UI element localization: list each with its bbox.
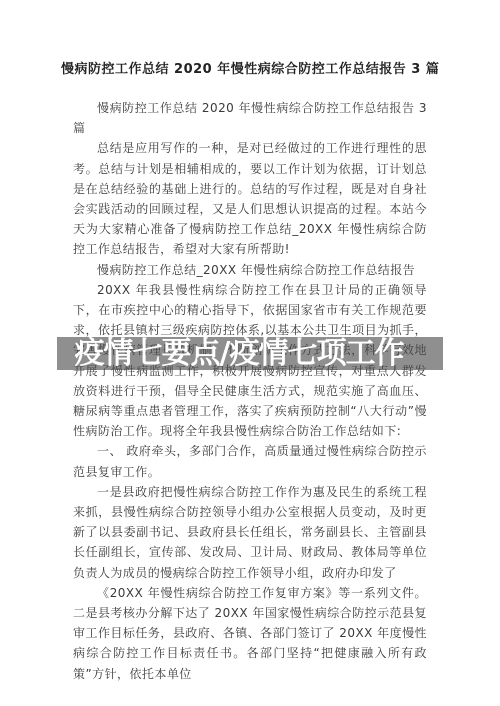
document-page: 慢病防控工作总结 2020 年慢性病综合防控工作总结报告 3 篇 慢病防控工作总…	[0, 0, 500, 706]
document-body: 慢病防控工作总结 2020 年慢性病综合防控工作总结报告 3 篇 总结是应用写作…	[73, 98, 427, 684]
paragraph-detail-2: 《20XX 年慢性病综合防控工作复审方案》等一系列文件。二是县考核办分解下达了 …	[73, 583, 427, 684]
paragraph-subtitle: 慢病防控工作总结 2020 年慢性病综合防控工作总结报告 3 篇	[73, 98, 427, 138]
watermark-band: 疫情七要点/疫情七项工作	[57, 337, 443, 370]
paragraph-intro: 总结是应用写作的一种，是对已经做过的工作进行理性的思考。总结与计划是相辅相成的，…	[73, 138, 427, 259]
paragraph-heading: 慢病防控工作总结_20XX 年慢性病综合防控工作总结报告	[73, 260, 427, 280]
watermark-text: 疫情七要点/疫情七项工作	[75, 337, 404, 370]
paragraph-detail-1: 一是县政府把慢性病综合防控工作作为惠及民生的系统工程来抓，县慢性病综合防控领导小…	[73, 482, 427, 583]
document-title: 慢病防控工作总结 2020 年慢性病综合防控工作总结报告 3 篇	[61, 58, 439, 77]
paragraph-section-1: 一、 政府牵头，多部门合作，高质量通过慢性病综合防控示范县复审工作。	[73, 441, 427, 481]
